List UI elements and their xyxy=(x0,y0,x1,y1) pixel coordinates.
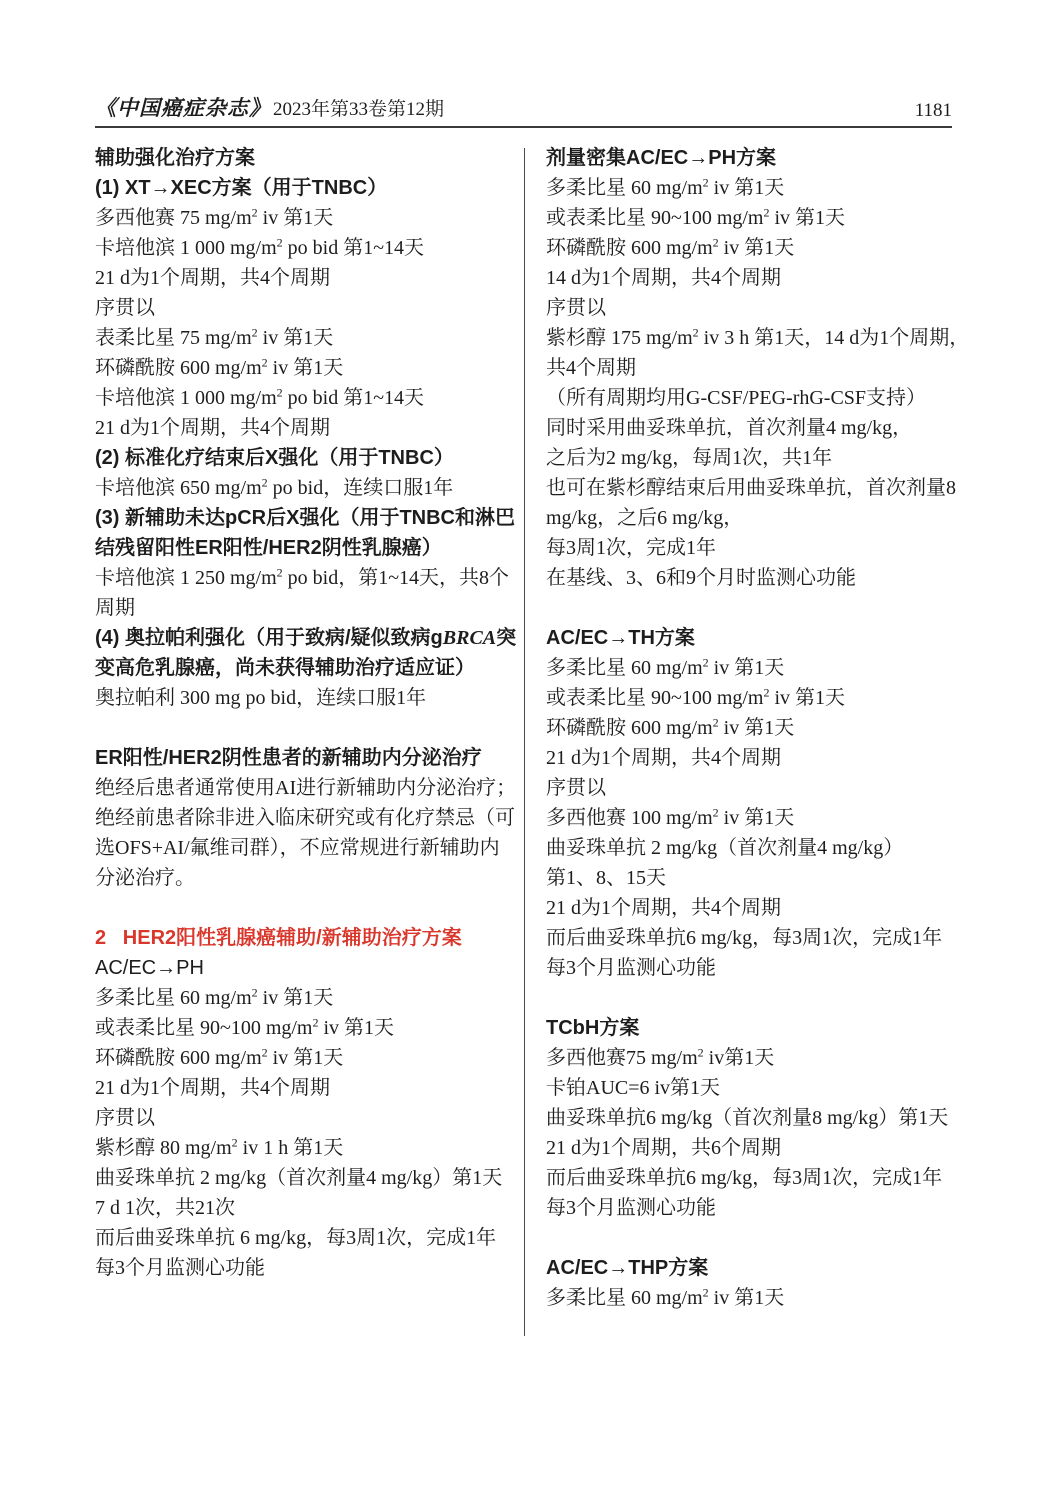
protocol-heading: AC/EC→THP方案 xyxy=(546,1253,970,1283)
section-heading: 2 HER2阳性乳腺癌辅助/新辅助治疗方案 xyxy=(95,923,513,953)
column-divider xyxy=(524,148,525,1336)
protocol-heading: TCbH方案 xyxy=(546,1013,970,1043)
blank-line xyxy=(546,1223,970,1253)
blank-line xyxy=(546,983,970,1013)
text-line: 紫杉醇 175 mg/m2 iv 3 h 第1天，14 d为1个周期， xyxy=(546,323,970,353)
blank-line xyxy=(95,713,513,743)
text-line: 绝经后患者通常使用AI进行新辅助内分泌治疗； xyxy=(95,773,513,803)
protocol-heading: 变高危乳腺癌，尚未获得辅助治疗适应证） xyxy=(95,653,513,683)
text-line: 周期 xyxy=(95,593,513,623)
left-column: 辅助强化治疗方案(1) XT→XEC方案（用于TNBC）多西他赛 75 mg/m… xyxy=(95,143,513,1283)
text-line: 或表柔比星 90~100 mg/m2 iv 第1天 xyxy=(95,1013,513,1043)
header-left: 《中国癌症杂志》2023年第33卷第12期 xyxy=(95,92,444,122)
text-line: 曲妥珠单抗 2 mg/kg（首次剂量4 mg/kg） xyxy=(546,833,970,863)
text-line: 卡铂AUC=6 iv第1天 xyxy=(546,1073,970,1103)
page-header: 《中国癌症杂志》2023年第33卷第12期 1181 xyxy=(95,98,952,128)
text-line: 多西他赛 100 mg/m2 iv 第1天 xyxy=(546,803,970,833)
text-line: 在基线、3、6和9个月时监测心功能 xyxy=(546,563,970,593)
text-line: mg/kg，之后6 mg/kg， xyxy=(546,503,970,533)
text-line: 紫杉醇 80 mg/m2 iv 1 h 第1天 xyxy=(95,1133,513,1163)
text-line: 每3个月监测心功能 xyxy=(546,953,970,983)
text-line: 多西他赛 75 mg/m2 iv 第1天 xyxy=(95,203,513,233)
text-line: 序贯以 xyxy=(546,293,970,323)
text-line: 7 d 1次，共21次 xyxy=(95,1193,513,1223)
protocol-heading: 结残留阳性ER阳性/HER2阴性乳腺癌） xyxy=(95,533,513,563)
text-line: 多柔比星 60 mg/m2 iv 第1天 xyxy=(546,653,970,683)
protocol-heading: (3) 新辅助未达pCR后X强化（用于TNBC和淋巴 xyxy=(95,503,513,533)
text-line: 而后曲妥珠单抗6 mg/kg，每3周1次，完成1年 xyxy=(546,923,970,953)
text-line: 多柔比星 60 mg/m2 iv 第1天 xyxy=(546,173,970,203)
text-line: 绝经前患者除非进入临床研究或有化疗禁忌（可 xyxy=(95,803,513,833)
text-line: 每3周1次，完成1年 xyxy=(546,533,970,563)
page-number: 1181 xyxy=(915,100,952,122)
text-line: 多柔比星 60 mg/m2 iv 第1天 xyxy=(95,983,513,1013)
text-line: 奥拉帕利 300 mg po bid，连续口服1年 xyxy=(95,683,513,713)
text-line: 环磷酰胺 600 mg/m2 iv 第1天 xyxy=(546,233,970,263)
text-line: 也可在紫杉醇结束后用曲妥珠单抗，首次剂量8 xyxy=(546,473,970,503)
text-line: 共4个周期 xyxy=(546,353,970,383)
protocol-heading: ER阳性/HER2阴性患者的新辅助内分泌治疗 xyxy=(95,743,513,773)
text-line: 环磷酰胺 600 mg/m2 iv 第1天 xyxy=(546,713,970,743)
text-line: 之后为2 mg/kg，每周1次，共1年 xyxy=(546,443,970,473)
journal-page: 《中国癌症杂志》2023年第33卷第12期 1181 辅助强化治疗方案(1) X… xyxy=(0,0,1050,1485)
protocol-heading: (1) XT→XEC方案（用于TNBC） xyxy=(95,173,513,203)
protocol-heading: 辅助强化治疗方案 xyxy=(95,143,513,173)
text-line: （所有周期均用G-CSF/PEG-rhG-CSF支持） xyxy=(546,383,970,413)
text-line: 21 d为1个周期，共4个周期 xyxy=(95,413,513,443)
text-line: 21 d为1个周期，共6个周期 xyxy=(546,1133,970,1163)
blank-line xyxy=(95,893,513,923)
text-line: 环磷酰胺 600 mg/m2 iv 第1天 xyxy=(95,1043,513,1073)
text-line: 21 d为1个周期，共4个周期 xyxy=(546,743,970,773)
text-line: 21 d为1个周期，共4个周期 xyxy=(95,263,513,293)
text-line: 多西他赛75 mg/m2 iv第1天 xyxy=(546,1043,970,1073)
text-line: 分泌治疗。 xyxy=(95,863,513,893)
text-line: 14 d为1个周期，共4个周期 xyxy=(546,263,970,293)
text-line: 选OFS+AI/氟维司群），不应常规进行新辅助内 xyxy=(95,833,513,863)
text-line: 21 d为1个周期，共4个周期 xyxy=(546,893,970,923)
text-line: 卡培他滨 1 000 mg/m2 po bid 第1~14天 xyxy=(95,383,513,413)
protocol-heading: AC/EC→TH方案 xyxy=(546,623,970,653)
text-line: 环磷酰胺 600 mg/m2 iv 第1天 xyxy=(95,353,513,383)
text-line: 序贯以 xyxy=(95,293,513,323)
text-line: 而后曲妥珠单抗 6 mg/kg，每3周1次，完成1年 xyxy=(95,1223,513,1253)
protocol-heading: (2) 标准化疗结束后X强化（用于TNBC） xyxy=(95,443,513,473)
text-line: 同时采用曲妥珠单抗，首次剂量4 mg/kg， xyxy=(546,413,970,443)
journal-name: 《中国癌症杂志》 xyxy=(95,96,271,120)
text-line: 每3个月监测心功能 xyxy=(95,1253,513,1283)
issue-info: 2023年第33卷第12期 xyxy=(273,99,444,120)
text-line: 曲妥珠单抗 2 mg/kg（首次剂量4 mg/kg）第1天 xyxy=(95,1163,513,1193)
blank-line xyxy=(546,593,970,623)
text-line: 第1、8、15天 xyxy=(546,863,970,893)
text-line: 21 d为1个周期，共4个周期 xyxy=(95,1073,513,1103)
text-line: 卡培他滨 1 250 mg/m2 po bid，第1~14天，共8个 xyxy=(95,563,513,593)
protocol-heading: 剂量密集AC/EC→PH方案 xyxy=(546,143,970,173)
text-line: 多柔比星 60 mg/m2 iv 第1天 xyxy=(546,1283,970,1313)
protocol-heading: AC/EC→PH xyxy=(95,953,513,983)
text-line: 卡培他滨 1 000 mg/m2 po bid 第1~14天 xyxy=(95,233,513,263)
protocol-heading: (4) 奥拉帕利强化（用于致病/疑似致病gBRCA突 xyxy=(95,623,513,653)
text-line: 每3个月监测心功能 xyxy=(546,1193,970,1223)
text-line: 而后曲妥珠单抗6 mg/kg，每3周1次，完成1年 xyxy=(546,1163,970,1193)
text-line: 卡培他滨 650 mg/m2 po bid，连续口服1年 xyxy=(95,473,513,503)
text-line: 序贯以 xyxy=(546,773,970,803)
text-line: 序贯以 xyxy=(95,1103,513,1133)
text-line: 或表柔比星 90~100 mg/m2 iv 第1天 xyxy=(546,203,970,233)
right-column: 剂量密集AC/EC→PH方案多柔比星 60 mg/m2 iv 第1天或表柔比星 … xyxy=(546,143,970,1313)
text-line: 或表柔比星 90~100 mg/m2 iv 第1天 xyxy=(546,683,970,713)
text-line: 曲妥珠单抗6 mg/kg（首次剂量8 mg/kg）第1天 xyxy=(546,1103,970,1133)
text-line: 表柔比星 75 mg/m2 iv 第1天 xyxy=(95,323,513,353)
